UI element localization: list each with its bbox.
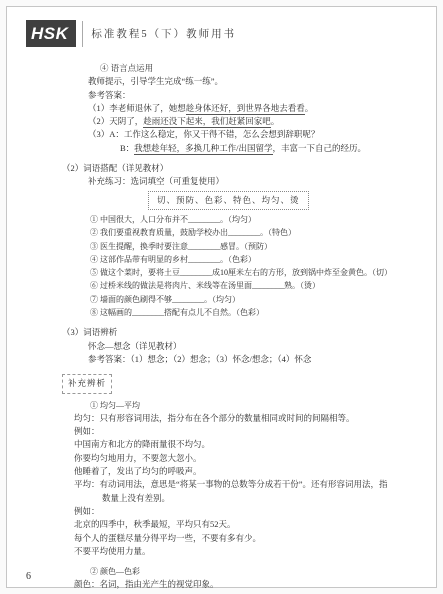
answer-3b-post: ，丰富一下自己的经历。 — [273, 143, 367, 153]
textbook-page: HSK 标准教程5（下）教师用书 ④ 语言点运用 教师提示，引导学生完成“练一练… — [0, 0, 443, 594]
answer-3b-pre: B： — [120, 143, 134, 153]
word-bank: 切、预防、色彩、特色、均匀、烫 — [148, 191, 309, 210]
exercise-item-2: ② 我们要重视教育质量，鼓励学校办出________。（特色） — [90, 226, 394, 239]
example-label-1: 例如： — [74, 425, 394, 438]
answer-1-post: 。 — [305, 103, 314, 113]
exercise-item-6: ⑥ 过桥米线的做法是将肉片、米线等在汤里面________熟。（烫） — [90, 279, 394, 292]
page-number: 6 — [26, 571, 31, 582]
example-sentence-4: 北京的四季中，秋季最短，平均只有52天。 — [74, 518, 394, 531]
answer-1-pre: （1）李老师退休了，她想 — [88, 103, 186, 113]
answer-line-1: （1）李老师退休了，她想趁身体还好，到世界各地去看看。 — [88, 102, 394, 115]
answer-line-2: （2）天阴了，趁雨还没下起来，我们赶紧回家吧。 — [88, 115, 394, 128]
supplement-label: 补充辨析 — [62, 374, 112, 393]
example-sentence-2: 你要均匀地用力，不要忽大忽小。 — [74, 452, 394, 465]
supplement-item-1-heading: ① 均匀—平均 — [90, 399, 394, 412]
answer-3b-underlined: 我想趁年轻，多换几种工作/出国留学 — [134, 143, 272, 155]
exercise-item-5: ⑤ 做这个菜时，要将土豆________成10厘米左右的方形，放到锅中炸至金黄色… — [90, 266, 394, 279]
teacher-hint-line: 教师提示，引导学生完成“练一练”。 — [88, 75, 394, 88]
exercise-item-1: ① 中国很大，人口分布并不________。（均匀） — [90, 213, 394, 226]
section-analysis-heading: （3）词语辨析 — [62, 326, 394, 339]
answer-1-underlined: 趁身体还好，到世界各地去看看 — [186, 103, 305, 115]
supplement-item-2-heading: ② 颜色—色彩 — [90, 565, 394, 578]
header-divider — [82, 21, 83, 47]
answer-line-3b: B：我想趁年轻，多换几种工作/出国留学，丰富一下自己的经历。 — [120, 142, 394, 155]
answer-2-post: 。 — [271, 116, 280, 126]
example-label-2: 例如： — [74, 505, 394, 518]
book-title: 标准教程5（下）教师用书 — [91, 26, 236, 41]
answer-line-3: （3）A：工作这么稳定，你又干得不错，怎么会想到辞职呢？ — [88, 128, 394, 141]
answer-2-underlined: 趁雨还没下起来，我们赶紧回家吧 — [143, 116, 271, 128]
section-analysis-answers: 参考答案：（1）想念；（2）想念；（3）怀念/想念；（4）怀念 — [88, 353, 394, 366]
exercise-item-8: ⑧ 这幅画的________搭配有点儿不自然。（色彩） — [90, 306, 394, 319]
page-header: HSK 标准教程5（下）教师用书 — [26, 20, 236, 47]
example-sentence-1: 中国南方和北方的降雨量很不均匀。 — [74, 438, 394, 451]
section-collocation-heading: （2）词语搭配（详见教材） — [62, 162, 394, 175]
reference-answers-label: 参考答案： — [88, 89, 394, 102]
hsk-logo: HSK — [26, 20, 76, 47]
supplement-definition-yanse: 颜色：名词，指由光产生的视觉印象。 — [74, 578, 394, 591]
supplement-label-row: 补充辨析 — [62, 374, 394, 393]
example-sentence-6: 不要平均使用力量。 — [74, 545, 394, 558]
exercise-item-3: ③ 医生提醒，换季时要注意________感冒。（预防） — [90, 240, 394, 253]
answer-3-pre: （3）A：工作这么稳定，你又干得不错，怎么会想到辞职呢？ — [88, 129, 319, 139]
supplement-definition-pingjun: 平均：有动词用法，意思是“将某一事物的总数等分成若干份”。还有形容词用法，指数量… — [74, 478, 394, 505]
example-sentence-5: 每个人的蛋糕尽量分得平均一些，不要有多有少。 — [74, 532, 394, 545]
section-analysis-subheading: 怀念—想念（详见教材） — [88, 340, 394, 353]
answer-2-pre: （2）天阴了， — [88, 116, 143, 126]
example-sentence-3: 他睡着了，发出了均匀的呼吸声。 — [74, 465, 394, 478]
section-language-point-heading: ④ 语言点运用 — [100, 62, 394, 75]
section-collocation-subheading: 补充练习：选词填空（可重复使用） — [88, 175, 394, 188]
exercise-item-4: ④ 这部作品带有明显的乡村________。（色彩） — [90, 253, 394, 266]
supplement-definition-junyun: 均匀：只有形容词用法，指分布在各个部分的数量相同或时间的间隔相等。 — [74, 412, 394, 425]
word-bank-row: 切、预防、色彩、特色、均匀、烫 — [148, 191, 394, 210]
page-content: ④ 语言点运用 教师提示，引导学生完成“练一练”。 参考答案： （1）李老师退休… — [62, 62, 394, 592]
exercise-item-7: ⑦ 墙面的颜色刷得不够________。（均匀） — [90, 293, 394, 306]
